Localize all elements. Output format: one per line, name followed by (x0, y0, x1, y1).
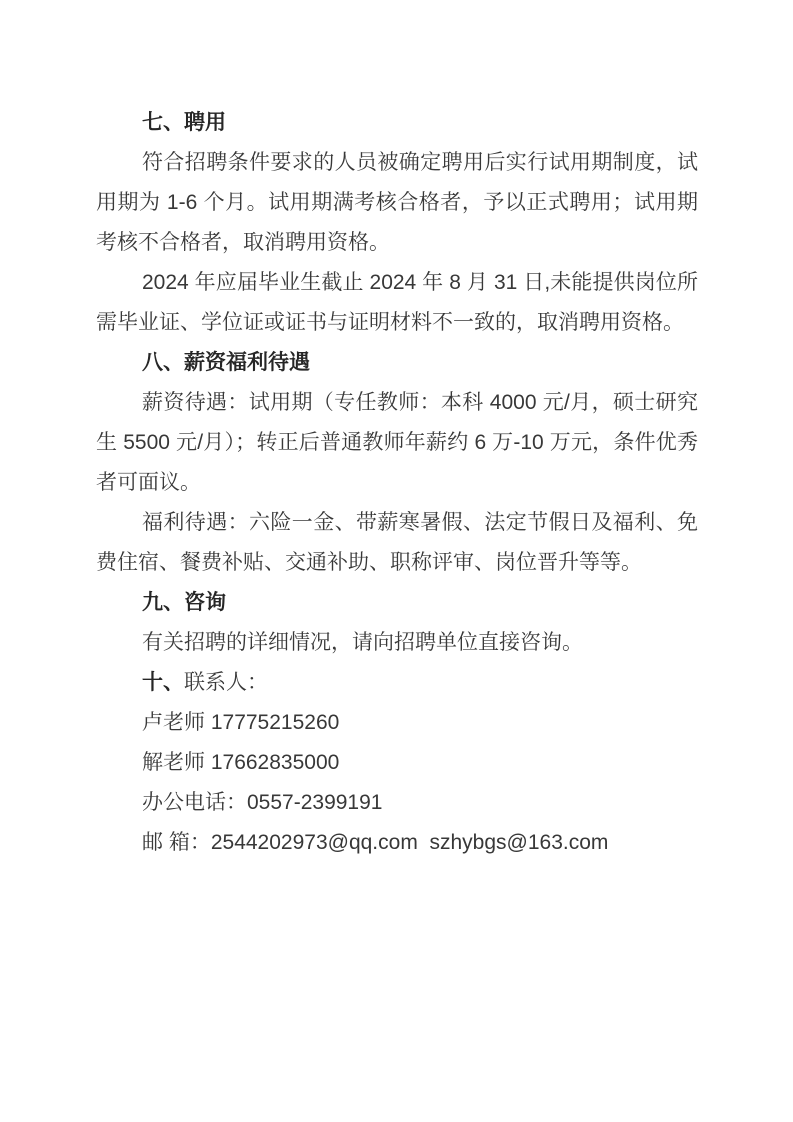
heading-contacts: 十、联系人： (96, 663, 698, 703)
paragraph-consultation: 有关招聘的详细情况，请向招聘单位直接咨询。 (96, 623, 698, 663)
heading-consultation: 九、咨询 (96, 583, 698, 623)
heading-salary-benefits: 八、薪资福利待遇 (96, 343, 698, 383)
heading-employment: 七、聘用 (96, 103, 698, 143)
contact-line-office-phone: 办公电话：0557-2399191 (96, 783, 698, 823)
paragraph-benefits: 福利待遇：六险一金、带薪寒暑假、法定节假日及福利、免费住宿、餐费补贴、交通补助、… (96, 503, 698, 583)
paragraph-salary: 薪资待遇：试用期（专任教师：本科 4000 元/月，硕士研究生 5500 元/月… (96, 383, 698, 503)
paragraph-probation-terms: 符合招聘条件要求的人员被确定聘用后实行试用期制度，试用期为 1-6 个月。试用期… (96, 143, 698, 263)
heading-contacts-label: 联系人： (184, 671, 268, 694)
paragraph-graduate-deadline: 2024 年应届毕业生截止 2024 年 8 月 31 日,未能提供岗位所需毕业… (96, 263, 698, 343)
contact-line-email: 邮 箱：2544202973@qq.com szhybgs@163.com (96, 823, 698, 863)
document-content: 七、聘用 符合招聘条件要求的人员被确定聘用后实行试用期制度，试用期为 1-6 个… (96, 103, 698, 863)
contact-line-lu-teacher: 卢老师 17775215260 (96, 703, 698, 743)
contact-line-xie-teacher: 解老师 17662835000 (96, 743, 698, 783)
heading-contacts-number: 十、 (142, 671, 184, 694)
document-page: 七、聘用 符合招聘条件要求的人员被确定聘用后实行试用期制度，试用期为 1-6 个… (0, 0, 793, 1122)
